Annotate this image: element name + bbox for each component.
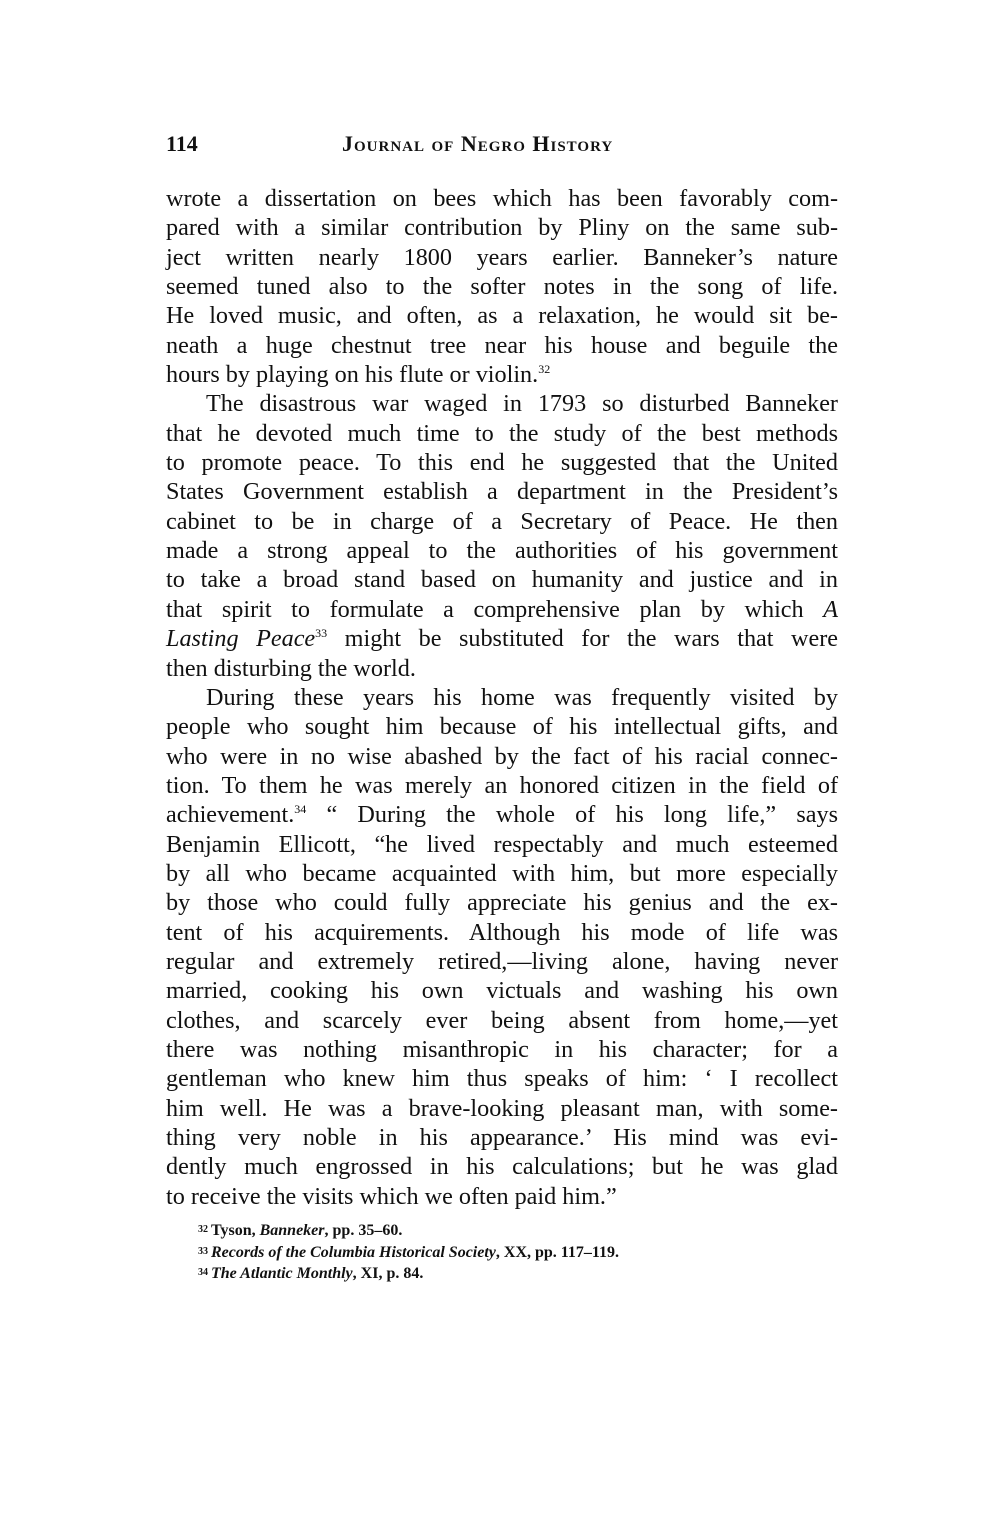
text-line: achievement.34 “ During the whole of his…: [166, 800, 838, 829]
text-line: ject written nearly 1800 years earlier. …: [166, 243, 838, 272]
footnote-text: , pp. 35–60.: [325, 1222, 403, 1239]
text-line: tion. To them he was merely an honored c…: [166, 771, 838, 800]
text-line: to promote peace. To this end he suggest…: [166, 448, 838, 477]
text-line: Lasting Peace33 might be substituted for…: [166, 624, 838, 653]
text-line: Benjamin Ellicott, “he lived respectably…: [166, 830, 838, 859]
document-page: 114 Journal of Negro History wrote a dis…: [0, 0, 1000, 1521]
text-line: The disastrous war waged in 1793 so dist…: [166, 389, 838, 418]
footnote-number: 32: [198, 1224, 208, 1235]
text-line: cabinet to be in charge of a Secretary o…: [166, 507, 838, 536]
text-line: States Government establish a department…: [166, 477, 838, 506]
text-span: achievement.: [166, 801, 294, 828]
text-line: to take a broad stand based on humanity …: [166, 565, 838, 594]
footnote-number: 33: [198, 1246, 208, 1257]
text-span: that spirit to formulate a comprehensive…: [166, 596, 823, 623]
text-line: He loved music, and often, as a relaxati…: [166, 301, 838, 330]
footnote-text: , XX, pp. 117–119.: [496, 1244, 619, 1261]
footnote-34: 34The Atlantic Monthly, XI, p. 84.: [198, 1263, 818, 1285]
text-line: who were in no wise abashed by the fact …: [166, 742, 838, 771]
text-line: tent of his acquirements. Although his m…: [166, 918, 838, 947]
text-line: that spirit to formulate a comprehensive…: [166, 595, 838, 624]
italic-text: Lasting Peace: [166, 625, 315, 652]
text-line: regular and extremely retired,—living al…: [166, 947, 838, 976]
text-line: by those who could fully appreciate his …: [166, 888, 838, 917]
text-line: pared with a similar contribution by Pli…: [166, 213, 838, 242]
text-line: people who sought him because of his int…: [166, 712, 838, 741]
text-line: by all who became acquainted with him, b…: [166, 859, 838, 888]
text-line: dently much engrossed in his calculation…: [166, 1152, 838, 1181]
text-line: him well. He was a brave-looking pleasan…: [166, 1094, 838, 1123]
text-line: thing very noble in his appearance.’ His…: [166, 1123, 838, 1152]
text-span: “ During the whole of his long life,” sa…: [306, 801, 838, 828]
footnote-title: Records of the Columbia Historical Socie…: [211, 1244, 496, 1261]
footnotes: 32Tyson, Banneker, pp. 35–60. 33Records …: [198, 1220, 818, 1285]
footnote-title: Banneker: [260, 1222, 325, 1239]
footnote-32: 32Tyson, Banneker, pp. 35–60.: [198, 1220, 818, 1242]
footnote-text: , XI, p. 84.: [353, 1265, 424, 1282]
footnote-ref-34[interactable]: 34: [294, 802, 306, 816]
text-span: might be substituted for the wars that w…: [327, 625, 838, 652]
footnote-title: The Atlantic Monthly: [211, 1265, 353, 1282]
text-span: hours by playing on his flute or violin.: [166, 361, 538, 388]
text-line: married, cooking his own victuals and wa…: [166, 976, 838, 1005]
page-number: 114: [166, 131, 198, 157]
body-text: wrote a dissertation on bees which has b…: [166, 184, 838, 1211]
text-line: made a strong appeal to the authorities …: [166, 536, 838, 565]
footnote-ref-32[interactable]: 32: [538, 362, 550, 376]
text-line: there was nothing misanthropic in his ch…: [166, 1035, 838, 1064]
text-line: wrote a dissertation on bees which has b…: [166, 184, 838, 213]
text-line: to receive the visits which we often pai…: [166, 1182, 838, 1211]
running-head: Journal of Negro History: [342, 131, 613, 157]
text-line: then disturbing the world.: [166, 654, 838, 683]
text-line: neath a huge chestnut tree near his hous…: [166, 331, 838, 360]
text-line: gentleman who knew him thus speaks of hi…: [166, 1064, 838, 1093]
footnote-ref-33[interactable]: 33: [315, 626, 327, 640]
text-line: clothes, and scarcely ever being absent …: [166, 1006, 838, 1035]
text-line: that he devoted much time to the study o…: [166, 419, 838, 448]
footnote-33: 33Records of the Columbia Historical Soc…: [198, 1242, 818, 1264]
text-line: hours by playing on his flute or violin.…: [166, 360, 838, 389]
footnote-text: Tyson,: [211, 1222, 260, 1239]
italic-text: A: [823, 596, 838, 623]
text-line: During these years his home was frequent…: [166, 683, 838, 712]
page-header: 114 Journal of Negro History: [166, 131, 846, 165]
footnote-number: 34: [198, 1267, 208, 1278]
text-line: seemed tuned also to the softer notes in…: [166, 272, 838, 301]
